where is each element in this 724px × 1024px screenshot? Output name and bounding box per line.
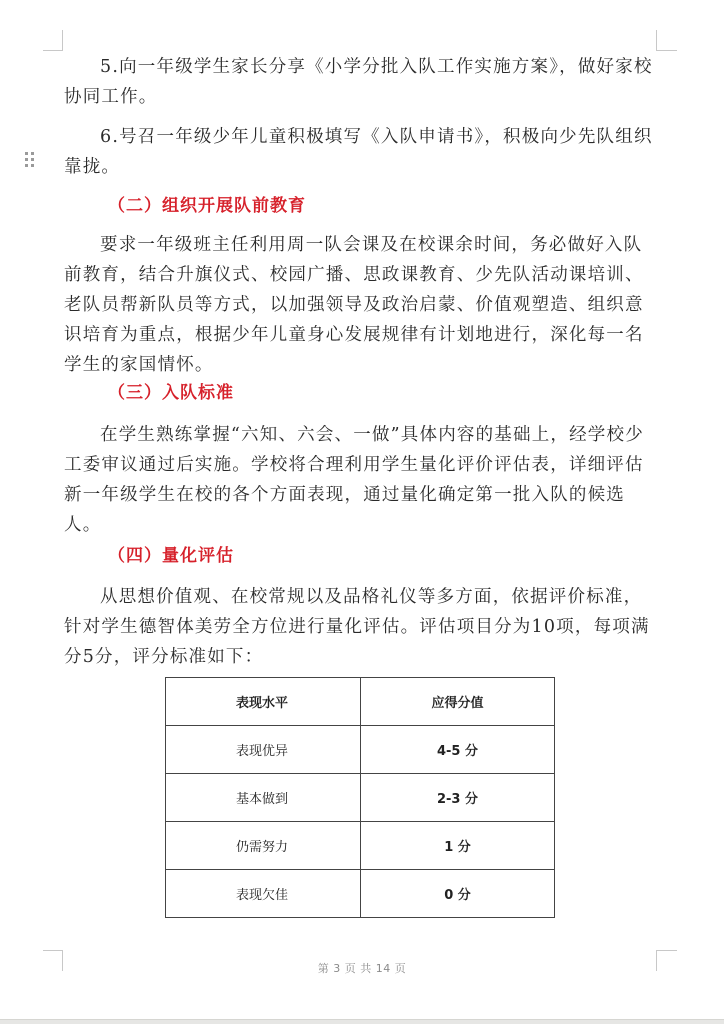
table-cell-level: 表现优异: [166, 726, 361, 774]
table-header-cell: 应得分值: [361, 678, 555, 726]
table-cell-score: 0 分: [361, 870, 555, 918]
table-header-cell: 表现水平: [166, 678, 361, 726]
table-cell-level: 基本做到: [166, 774, 361, 822]
table-row: 表现优异 4-5 分: [166, 726, 555, 774]
paragraph-pre-joining-education: 要求一年级班主任利用周一队会课及在校课余时间，务必做好入队前教育，结合升旗仪式、…: [64, 230, 656, 380]
table-cell-level: 仍需努力: [166, 822, 361, 870]
table-row: 基本做到 2-3 分: [166, 774, 555, 822]
heading-pre-joining-education: （二）组织开展队前教育: [108, 191, 306, 216]
table-row: 仍需努力 1 分: [166, 822, 555, 870]
table-row: 表现欠佳 0 分: [166, 870, 555, 918]
heading-quantitative-evaluation: （四）量化评估: [108, 541, 234, 566]
paragraph-joining-standard: 在学生熟练掌握“六知、六会、一做”具体内容的基础上，经学校少工委审议通过后实施。…: [64, 420, 656, 540]
table-cell-score: 1 分: [361, 822, 555, 870]
table-cell-score: 2-3 分: [361, 774, 555, 822]
table-cell-score: 4-5 分: [361, 726, 555, 774]
score-standard-table: 表现水平 应得分值 表现优异 4-5 分 基本做到 2-3 分 仍需努力 1 分…: [165, 677, 555, 918]
paragraph-quantitative-evaluation: 从思想价值观、在校常规以及品格礼仪等多方面，依据评价标准，针对学生德智体美劳全方…: [64, 582, 656, 672]
drag-handle-icon[interactable]: [25, 152, 35, 168]
table-cell-level: 表现欠佳: [166, 870, 361, 918]
margin-corner-top-right: [656, 30, 677, 51]
margin-corner-top-left: [43, 30, 63, 51]
page-gap-bar: [0, 1019, 724, 1024]
heading-joining-standard: （三）入队标准: [108, 378, 234, 403]
paragraph-item-5: 5.向一年级学生家长分享《小学分批入队工作实施方案》，做好家校协同工作。: [64, 52, 656, 112]
page-number-footer: 第 3 页 共 14 页: [0, 960, 724, 976]
paragraph-item-6: 6.号召一年级少年儿童积极填写《入队申请书》，积极向少先队组织靠拢。: [64, 122, 656, 182]
table-header-row: 表现水平 应得分值: [166, 678, 555, 726]
